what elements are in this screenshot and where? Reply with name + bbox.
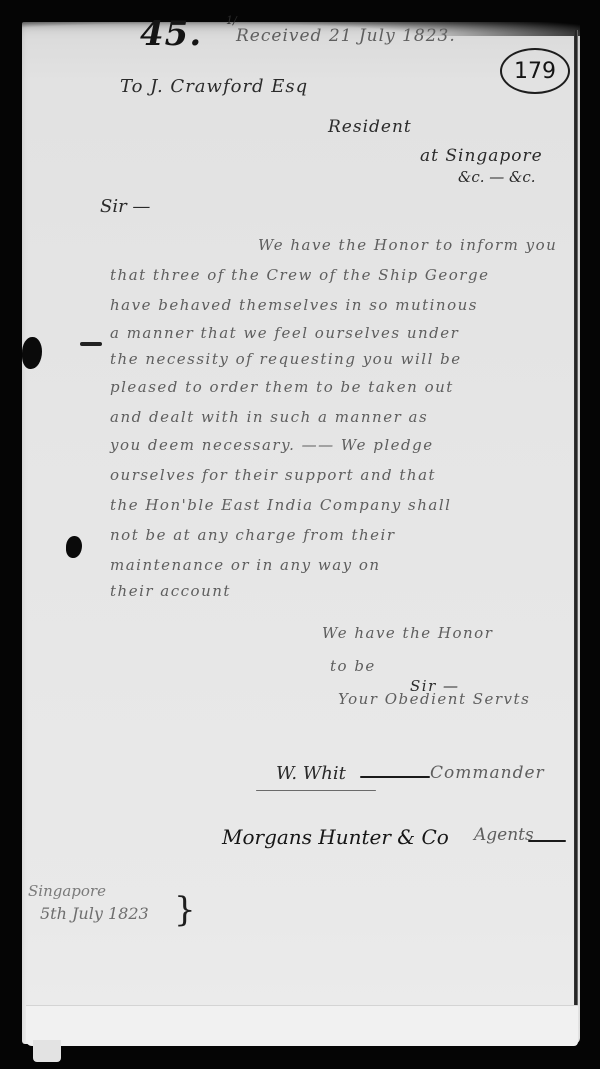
addressee-location: at Singapore bbox=[420, 146, 543, 166]
closing-line: Your Obedient Servts bbox=[338, 690, 530, 708]
body-line: have behaved themselves in so mutinous bbox=[110, 296, 478, 314]
page-binding-edge bbox=[574, 30, 578, 1005]
closing-line: to be bbox=[330, 657, 376, 675]
entry-number: 45. bbox=[140, 14, 202, 54]
margin-note-date: 5th July 1823 bbox=[40, 904, 149, 923]
folio-number: 179 bbox=[500, 48, 570, 94]
signature-underline bbox=[256, 790, 376, 791]
body-line: pleased to order them to be taken out bbox=[110, 378, 454, 396]
signature-flourish bbox=[360, 776, 430, 778]
received-note: Received 21 July 1823. bbox=[236, 26, 456, 46]
body-line: you deem necessary. —— We pledge bbox=[110, 436, 434, 454]
signature-agents-title: Agents bbox=[474, 825, 534, 845]
addressee-name: To J. Crawford Esq bbox=[120, 76, 308, 97]
body-line: their account bbox=[110, 582, 231, 600]
addressee-etc: &c. — &c. bbox=[458, 168, 536, 186]
body-line: not be at any charge from their bbox=[110, 526, 396, 544]
body-line: ourselves for their support and that bbox=[110, 466, 436, 484]
signature-agents-name: Morgans Hunter & Co bbox=[222, 825, 449, 849]
body-line: the Hon'ble East India Company shall bbox=[110, 496, 451, 514]
body-line: the necessity of requesting you will be bbox=[110, 350, 462, 368]
signature-commander-name: W. Whit bbox=[276, 763, 346, 784]
margin-brace: } bbox=[174, 890, 196, 930]
signature-commander-title: Commander bbox=[430, 763, 545, 783]
body-line: that three of the Crew of the Ship Georg… bbox=[110, 266, 489, 284]
paper-tab bbox=[33, 1040, 61, 1062]
body-line: and dealt with in such a manner as bbox=[110, 408, 428, 426]
addressee-title: Resident bbox=[328, 117, 412, 137]
body-line: We have the Honor to inform you bbox=[258, 236, 557, 254]
salutation: Sir — bbox=[100, 196, 150, 217]
signature-flourish bbox=[528, 840, 566, 842]
body-line: maintenance or in any way on bbox=[110, 556, 381, 574]
paper-bottom-fold bbox=[26, 1005, 578, 1046]
body-line: a manner that we feel ourselves under bbox=[110, 324, 459, 342]
margin-note-place: Singapore bbox=[28, 882, 106, 900]
closing-line: We have the Honor bbox=[322, 624, 493, 642]
ink-dash-mark bbox=[80, 342, 102, 346]
